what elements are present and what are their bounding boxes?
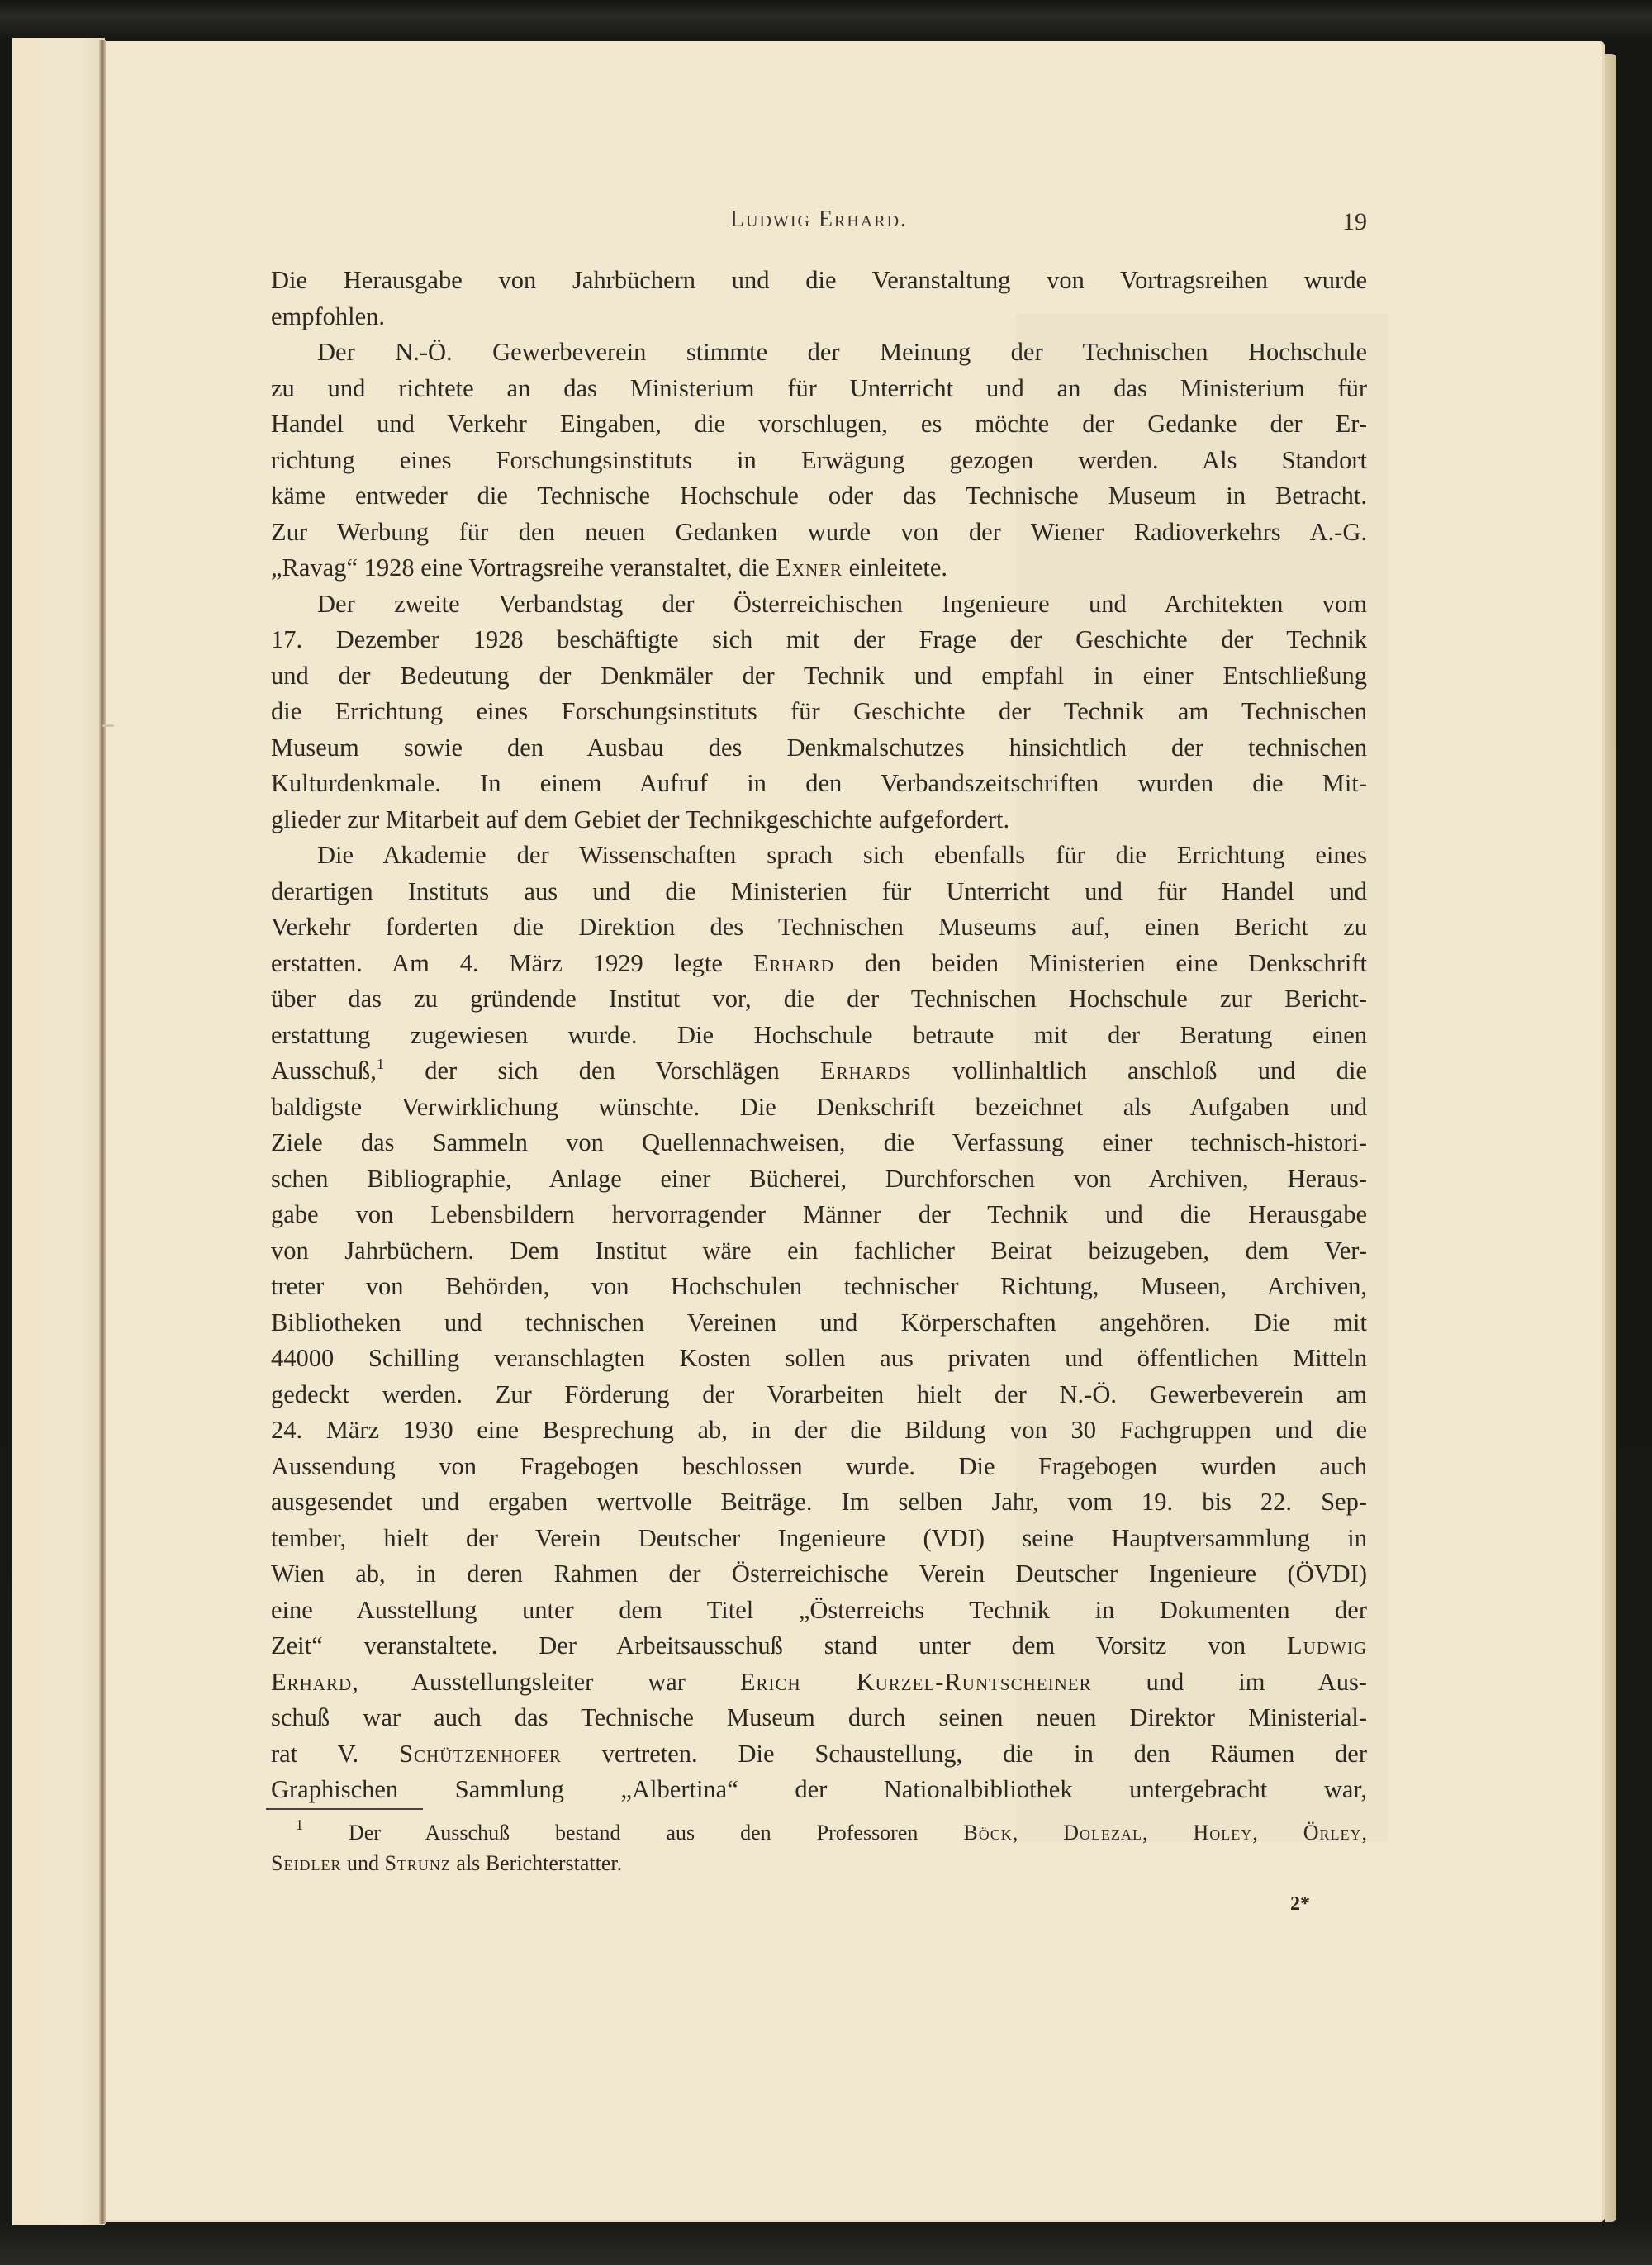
text-run: eine Ausstellung unter dem Titel „Österr… (271, 1596, 1367, 1624)
body-line: rat V. Schützenhofer vertreten. Die Scha… (271, 1736, 1367, 1773)
body-line: zu und richtete an das Ministerium für U… (271, 371, 1367, 407)
text-run: Ausschuß, (271, 1057, 377, 1085)
person-name-small-caps: Seidler (271, 1851, 341, 1875)
person-name-small-caps: Erhard (271, 1668, 352, 1696)
text-run: Handel und Verkehr Eingaben, die vorschl… (271, 410, 1367, 438)
person-name-small-caps: Erhards (820, 1057, 912, 1085)
text-run: und im Aus- (1092, 1668, 1367, 1696)
text-run: und der Bedeutung der Denkmäler der Tech… (271, 662, 1367, 690)
text-run: Verkehr forderten die Direktion des Tech… (271, 913, 1367, 941)
text-run: der sich den Vorschlägen (384, 1057, 820, 1085)
person-name-small-caps: Holey (1194, 1821, 1253, 1845)
facing-page-edge (12, 38, 105, 2225)
footnote-marker: 1 (296, 1816, 303, 1833)
body-line: Graphischen Sammlung „Albertina“ der Nat… (271, 1772, 1367, 1808)
text-run: Die Akademie der Wissenschaften sprach s… (317, 841, 1367, 869)
text-run: , (1362, 1821, 1368, 1845)
body-line: Der zweite Verbandstag der Österreichisc… (271, 586, 1367, 623)
text-run: erstatten. Am 4. März 1929 legte (271, 949, 753, 977)
body-line: und der Bedeutung der Denkmäler der Tech… (271, 658, 1367, 695)
body-line: von Jahrbüchern. Dem Institut wäre ein f… (271, 1233, 1367, 1270)
body-line: Bibliotheken und technischen Vereinen un… (271, 1305, 1367, 1341)
body-line: Verkehr forderten die Direktion des Tech… (271, 909, 1367, 946)
body-line: richtung eines Forschungsinstituts in Er… (271, 443, 1367, 479)
footnotes: 1 Der Ausschuß bestand aus den Professor… (271, 1817, 1367, 1878)
text-run: Wien ab, in deren Rahmen der Österreichi… (271, 1560, 1367, 1588)
margin-mark (102, 724, 114, 727)
text-run: , (1142, 1821, 1194, 1845)
text-run: , (1252, 1821, 1303, 1845)
text-run: „Ravag“ 1928 eine Vortragsreihe veransta… (271, 553, 776, 582)
body-line: gabe von Lebensbildern hervorragender Mä… (271, 1197, 1367, 1233)
text-run: glieder zur Mitarbeit auf dem Gebiet der… (271, 805, 1009, 833)
text-run: baldigste Verwirklichung wünschte. Die D… (271, 1093, 1367, 1121)
text-run: rat V. (271, 1740, 399, 1768)
text-run: die Errichtung eines Forschungsinstituts… (271, 697, 1367, 725)
body-line: „Ravag“ 1928 eine Vortragsreihe veransta… (271, 550, 1367, 586)
body-line: die Errichtung eines Forschungsinstituts… (271, 694, 1367, 730)
text-run: Bibliotheken und technischen Vereinen un… (271, 1308, 1367, 1337)
text-run: von Jahrbüchern. Dem Institut wäre ein f… (271, 1237, 1367, 1265)
body-line: tember, hielt der Verein Deutscher Ingen… (271, 1521, 1367, 1557)
body-line: Handel und Verkehr Eingaben, die vorschl… (271, 406, 1367, 443)
body-line: 44000 Schilling veranschlagten Kosten so… (271, 1341, 1367, 1377)
text-run: Ziele das Sammeln von Quellennachweisen,… (271, 1128, 1367, 1156)
body-line: schen Bibliographie, Anlage einer Bücher… (271, 1161, 1367, 1198)
text-run: Der N.-Ö. Gewerbeverein stimmte der Mein… (317, 338, 1367, 366)
page-number: 19 (1342, 208, 1367, 236)
book-gutter (99, 40, 106, 2224)
text-run: derartigen Instituts aus und die Ministe… (271, 877, 1367, 905)
person-name-small-caps: Böck (963, 1821, 1012, 1845)
text-run: Zur Werbung für den neuen Gedanken wurde… (271, 518, 1367, 546)
body-line: Kulturdenkmale. In einem Aufruf in den V… (271, 766, 1367, 802)
body-line: erstattung zugewiesen wurde. Die Hochsch… (271, 1018, 1367, 1054)
body-line: glieder zur Mitarbeit auf dem Gebiet der… (271, 802, 1367, 838)
footnote-line: 1 Der Ausschuß bestand aus den Professor… (271, 1817, 1367, 1848)
text-run: den beiden Ministerien eine Denkschrift (834, 949, 1367, 977)
text-run: als Berichterstatter. (451, 1851, 622, 1875)
text-run: vollinhaltlich anschloß und die (912, 1057, 1367, 1085)
body-line: empfohlen. (271, 299, 1367, 335)
body-line: käme entweder die Technische Hochschule … (271, 478, 1367, 515)
body-line: 17. Dezember 1928 beschäftigte sich mit … (271, 622, 1367, 658)
text-run: 17. Dezember 1928 beschäftigte sich mit … (271, 625, 1367, 653)
body-line: Erhard, Ausstellungsleiter war Erich Kur… (271, 1664, 1367, 1701)
text-run: Der zweite Verbandstag der Österreichisc… (317, 590, 1367, 618)
footnote-line: Seidler und Strunz als Berichterstatter. (271, 1848, 1367, 1878)
text-run: , (1013, 1821, 1064, 1845)
text-run: richtung eines Forschungsinstituts in Er… (271, 446, 1367, 474)
body-line: Aussendung von Fragebogen beschlossen wu… (271, 1449, 1367, 1485)
text-run: 44000 Schilling veranschlagten Kosten so… (271, 1344, 1367, 1372)
body-line: baldigste Verwirklichung wünschte. Die D… (271, 1090, 1367, 1126)
body-line: erstatten. Am 4. März 1929 legte Erhard … (271, 946, 1367, 982)
text-run: einleitete. (843, 553, 947, 582)
text-run: Graphischen Sammlung „Albertina“ der Nat… (271, 1775, 1367, 1803)
body-line: Museum sowie den Ausbau des Denkmalschut… (271, 730, 1367, 767)
body-line: schuß war auch das Technische Museum dur… (271, 1700, 1367, 1736)
text-run: vertreten. Die Schaustellung, die in den… (562, 1740, 1367, 1768)
body-line: gedeckt werden. Zur Förderung der Vorarb… (271, 1377, 1367, 1413)
body-line: Ausschuß,1 der sich den Vorschlägen Erha… (271, 1053, 1367, 1090)
text-run: gabe von Lebensbildern hervorragender Mä… (271, 1200, 1367, 1228)
text-run: über das zu gründende Institut vor, die … (271, 985, 1367, 1013)
running-head: Ludwig Erhard. 19 (271, 203, 1367, 236)
body-line: Die Herausgabe von Jahrbüchern und die V… (271, 263, 1367, 299)
text-run: tember, hielt der Verein Deutscher Ingen… (271, 1524, 1367, 1552)
running-title: Ludwig Erhard. (271, 207, 1367, 233)
body-line: 24. März 1930 eine Besprechung ab, in de… (271, 1413, 1367, 1449)
footnote-marker: 1 (377, 1056, 384, 1072)
body-line: ausgesendet und ergaben wertvolle Beiträ… (271, 1484, 1367, 1521)
body-line: eine Ausstellung unter dem Titel „Österr… (271, 1593, 1367, 1629)
text-run: schuß war auch das Technische Museum dur… (271, 1703, 1367, 1731)
person-name-small-caps: Dolezal (1063, 1821, 1142, 1845)
body-line: über das zu gründende Institut vor, die … (271, 981, 1367, 1018)
text-run: ausgesendet und ergaben wertvolle Beiträ… (271, 1488, 1367, 1516)
text-run: und (341, 1851, 384, 1875)
text-run: zu und richtete an das Ministerium für U… (271, 374, 1367, 402)
body-line: Zeit“ veranstaltete. Der Arbeitsausschuß… (271, 1628, 1367, 1664)
body-line: Die Akademie der Wissenschaften sprach s… (271, 838, 1367, 874)
person-name-small-caps: Exner (776, 553, 843, 582)
person-name-small-caps: Ludwig (1287, 1631, 1367, 1660)
person-name-small-caps: Örley (1303, 1821, 1362, 1845)
text-run: gedeckt werden. Zur Förderung der Vorarb… (271, 1380, 1367, 1408)
text-run: käme entweder die Technische Hochschule … (271, 482, 1367, 510)
body-line: Der N.-Ö. Gewerbeverein stimmte der Mein… (271, 335, 1367, 371)
person-name-small-caps: Strunz (384, 1851, 450, 1875)
text-run: Zeit“ veranstaltete. Der Arbeitsausschuß… (271, 1631, 1287, 1660)
text-run: , Ausstellungsleiter war (352, 1668, 740, 1696)
person-name-small-caps: Erhard (753, 949, 834, 977)
page-stack-edge (1605, 54, 1616, 2222)
footnote-rule (266, 1808, 423, 1810)
text-run: Kulturdenkmale. In einem Aufruf in den V… (271, 769, 1367, 797)
text-run: Die Herausgabe von Jahrbüchern und die V… (271, 266, 1367, 294)
text-run: Aussendung von Fragebogen beschlossen wu… (271, 1452, 1367, 1480)
text-run: Der Ausschuß bestand aus den Professoren (303, 1821, 963, 1845)
body-line: treter von Behörden, von Hochschulen tec… (271, 1269, 1367, 1305)
text-run: treter von Behörden, von Hochschulen tec… (271, 1272, 1367, 1300)
signature-mark: 2* (1290, 1893, 1310, 1916)
text-run: Museum sowie den Ausbau des Denkmalschut… (271, 734, 1367, 762)
text-run: erstattung zugewiesen wurde. Die Hochsch… (271, 1021, 1367, 1049)
text-run: schen Bibliographie, Anlage einer Bücher… (271, 1165, 1367, 1193)
text-run: 24. März 1930 eine Besprechung ab, in de… (271, 1416, 1367, 1444)
body-line: derartigen Instituts aus und die Ministe… (271, 874, 1367, 910)
body-line: Wien ab, in deren Rahmen der Österreichi… (271, 1556, 1367, 1593)
body-line: Zur Werbung für den neuen Gedanken wurde… (271, 515, 1367, 551)
body-text: Die Herausgabe von Jahrbüchern und die V… (271, 263, 1367, 1808)
person-name-small-caps: Schützenhofer (399, 1740, 562, 1768)
body-line: Ziele das Sammeln von Quellennachweisen,… (271, 1125, 1367, 1161)
person-name-small-caps: Erich Kurzel-Runtscheiner (740, 1668, 1092, 1696)
text-run: empfohlen. (271, 302, 385, 330)
